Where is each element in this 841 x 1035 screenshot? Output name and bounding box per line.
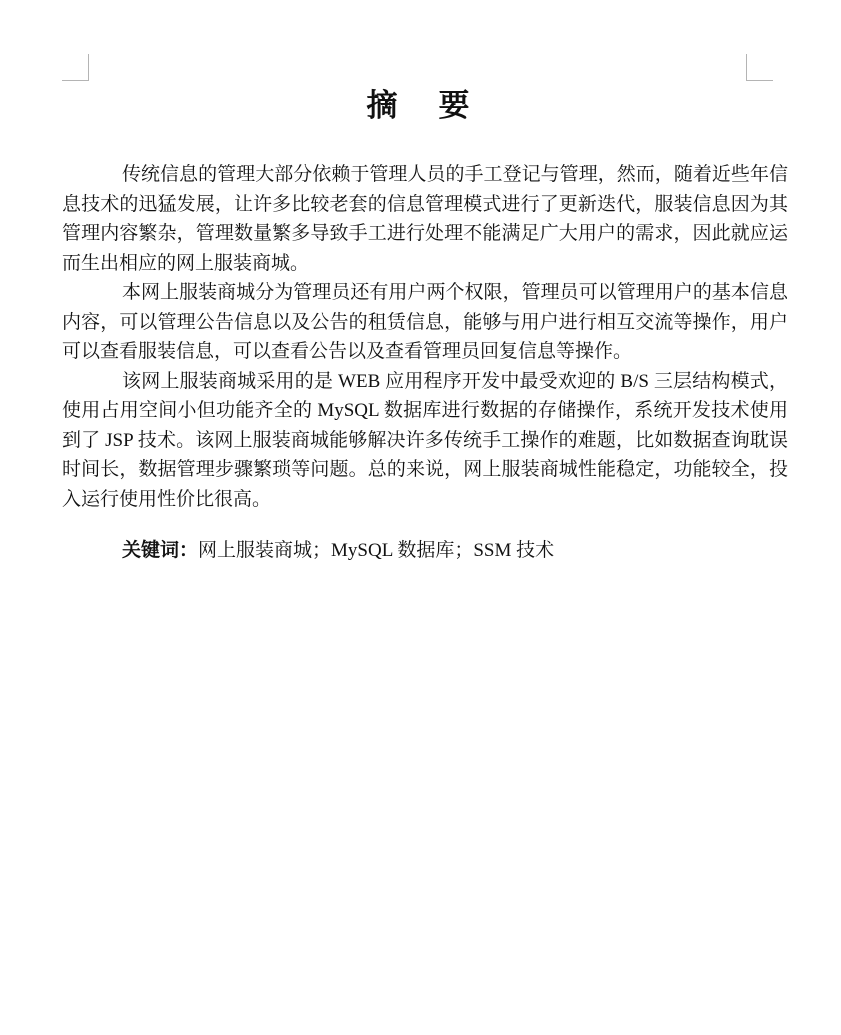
document-page: 摘 要 传统信息的管理大部分依赖于管理人员的手工登记与管理，然而，随着近些年信息… [0, 0, 841, 1035]
text-boundary-mark-top-right [746, 54, 773, 81]
page-title: 摘 要 [0, 88, 841, 124]
keywords-label: 关键词： [122, 540, 198, 561]
abstract-paragraph-2: 本网上服装商城分为管理员还有用户两个权限，管理员可以管理用户的基本信息内容，可以… [62, 278, 788, 367]
keywords-value: 网上服装商城；MySQL 数据库；SSM 技术 [198, 540, 554, 561]
keywords-line: 关键词：网上服装商城；MySQL 数据库；SSM 技术 [62, 536, 788, 566]
abstract-body: 传统信息的管理大部分依赖于管理人员的手工登记与管理，然而，随着近些年信息技术的迅… [62, 160, 788, 566]
text-boundary-mark-top-left [62, 54, 89, 81]
abstract-paragraph-3: 该网上服装商城采用的是 WEB 应用程序开发中最受欢迎的 B/S 三层结构模式，… [62, 367, 788, 515]
abstract-paragraph-1: 传统信息的管理大部分依赖于管理人员的手工登记与管理，然而，随着近些年信息技术的迅… [62, 160, 788, 278]
